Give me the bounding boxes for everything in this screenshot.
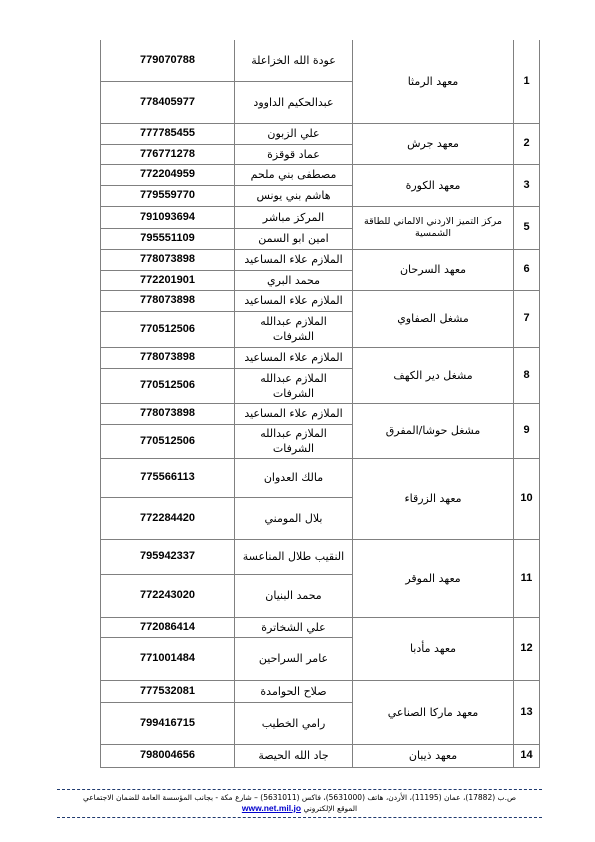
phone-cell: 798004656 xyxy=(101,744,235,767)
phone-cell: 779070788 xyxy=(101,40,235,81)
phone-cell: 771001484 xyxy=(101,637,235,680)
phone-cell: 779559770 xyxy=(101,185,235,206)
footer-website-label: الموقع الإلكتروني xyxy=(303,804,357,813)
name-cell: علي الزبون xyxy=(235,123,353,144)
table-row: 772204959 مصطفى بني ملحم معهد الكورة 3 xyxy=(101,164,540,185)
table-row: 777532081 صلاح الحوامدة معهد ماركا الصنا… xyxy=(101,680,540,702)
institute-cell: مشغل الصفاوي xyxy=(353,290,514,347)
name-cell: محمد البنيان xyxy=(235,574,353,617)
row-number: 14 xyxy=(514,744,540,767)
institute-cell: معهد ذيبان xyxy=(353,744,514,767)
name-cell: عامر السراحين xyxy=(235,637,353,680)
institute-cell: معهد مأدبا xyxy=(353,617,514,680)
institute-cell: معهد السرحان xyxy=(353,249,514,290)
row-number: 7 xyxy=(514,290,540,347)
name-cell: الملازم علاء المساعيد xyxy=(235,249,353,270)
table-row: 772086414 علي الشخاترة معهد مأدبا 12 xyxy=(101,617,540,637)
name-cell: عودة الله الخزاعلة xyxy=(235,40,353,81)
phone-cell: 770512506 xyxy=(101,311,235,347)
website-link[interactable]: www.net.mil.jo xyxy=(242,803,301,813)
footer-address: ص.ب (17882)، عمان (11195)، الأردن، هاتف … xyxy=(57,792,542,803)
name-cell: امين ابو السمن xyxy=(235,228,353,249)
name-cell: النقيب طلال المناعسة xyxy=(235,539,353,574)
name-cell: علي الشخاترة xyxy=(235,617,353,637)
table-row: 779070788 عودة الله الخزاعلة معهد الرمثا… xyxy=(101,40,540,81)
table-row: 778073898 الملازم علاء المساعيد مشغل الص… xyxy=(101,290,540,311)
row-number: 3 xyxy=(514,164,540,206)
phone-cell: 770512506 xyxy=(101,424,235,458)
name-cell: عبدالحكيم الداوود xyxy=(235,81,353,123)
name-cell: المركز مباشر xyxy=(235,206,353,228)
name-cell: هاشم بني يونس xyxy=(235,185,353,206)
table-row: 798004656 جاد الله الحيصة معهد ذيبان 14 xyxy=(101,744,540,767)
name-cell: الملازم عبدالله الشرفات xyxy=(235,424,353,458)
institute-cell: مشغل حوشا/المفرق xyxy=(353,403,514,458)
row-number: 10 xyxy=(514,458,540,539)
row-number: 8 xyxy=(514,347,540,403)
table-row: 791093694 المركز مباشر مركز التميز الارد… xyxy=(101,206,540,228)
institute-cell: مشغل دير الكهف xyxy=(353,347,514,403)
phone-cell: 777532081 xyxy=(101,680,235,702)
name-cell: محمد البري xyxy=(235,270,353,290)
institute-cell: مركز التميز الاردني الالماني للطاقة الشم… xyxy=(353,206,514,249)
institute-cell: معهد الرمثا xyxy=(353,40,514,123)
row-number: 1 xyxy=(514,40,540,123)
phone-cell: 777785455 xyxy=(101,123,235,144)
phone-cell: 772204959 xyxy=(101,164,235,185)
phone-cell: 775566113 xyxy=(101,458,235,497)
name-cell: الملازم عبدالله الشرفات xyxy=(235,368,353,403)
phone-cell: 778405977 xyxy=(101,81,235,123)
table-row: 778073898 الملازم علاء المساعيد مشغل دير… xyxy=(101,347,540,368)
phone-cell: 772201901 xyxy=(101,270,235,290)
table-row: 778073898 الملازم علاء المساعيد معهد الس… xyxy=(101,249,540,270)
row-number: 5 xyxy=(514,206,540,249)
name-cell: الملازم علاء المساعيد xyxy=(235,347,353,368)
phone-cell: 795942337 xyxy=(101,539,235,574)
phone-cell: 795551109 xyxy=(101,228,235,249)
row-number: 9 xyxy=(514,403,540,458)
phone-cell: 778073898 xyxy=(101,249,235,270)
institute-cell: معهد ماركا الصناعي xyxy=(353,680,514,744)
row-number: 6 xyxy=(514,249,540,290)
phone-cell: 778073898 xyxy=(101,347,235,368)
name-cell: بلال المومني xyxy=(235,497,353,539)
page-footer: ص.ب (17882)، عمان (11195)، الأردن، هاتف … xyxy=(57,789,542,818)
table-row: 777785455 علي الزبون معهد جرش 2 xyxy=(101,123,540,144)
phone-cell: 772086414 xyxy=(101,617,235,637)
row-number: 2 xyxy=(514,123,540,164)
institute-cell: معهد الزرقاء xyxy=(353,458,514,539)
table-row: 778073898 الملازم علاء المساعيد مشغل حوش… xyxy=(101,403,540,424)
row-number: 13 xyxy=(514,680,540,744)
phone-cell: 770512506 xyxy=(101,368,235,403)
row-number: 11 xyxy=(514,539,540,617)
name-cell: جاد الله الحيصة xyxy=(235,744,353,767)
name-cell: رامي الخطيب xyxy=(235,702,353,744)
contacts-table: 779070788 عودة الله الخزاعلة معهد الرمثا… xyxy=(100,40,540,768)
name-cell: عماد قوقزة xyxy=(235,144,353,164)
phone-cell: 778073898 xyxy=(101,403,235,424)
phone-cell: 772284420 xyxy=(101,497,235,539)
name-cell: صلاح الحوامدة xyxy=(235,680,353,702)
phone-cell: 791093694 xyxy=(101,206,235,228)
table-row: 775566113 مالك العدوان معهد الزرقاء 10 xyxy=(101,458,540,497)
name-cell: الملازم علاء المساعيد xyxy=(235,403,353,424)
phone-cell: 799416715 xyxy=(101,702,235,744)
phone-cell: 772243020 xyxy=(101,574,235,617)
table-row: 795942337 النقيب طلال المناعسة معهد المو… xyxy=(101,539,540,574)
phone-cell: 778073898 xyxy=(101,290,235,311)
row-number: 12 xyxy=(514,617,540,680)
name-cell: الملازم علاء المساعيد xyxy=(235,290,353,311)
name-cell: مصطفى بني ملحم xyxy=(235,164,353,185)
institute-cell: معهد الكورة xyxy=(353,164,514,206)
phone-cell: 776771278 xyxy=(101,144,235,164)
name-cell: الملازم عبدالله الشرفات xyxy=(235,311,353,347)
footer-website-line: الموقع الإلكتروني www.net.mil.jo xyxy=(57,803,542,814)
institute-cell: معهد جرش xyxy=(353,123,514,164)
document-page: 779070788 عودة الله الخزاعلة معهد الرمثا… xyxy=(0,0,595,842)
name-cell: مالك العدوان xyxy=(235,458,353,497)
institute-cell: معهد الموقر xyxy=(353,539,514,617)
